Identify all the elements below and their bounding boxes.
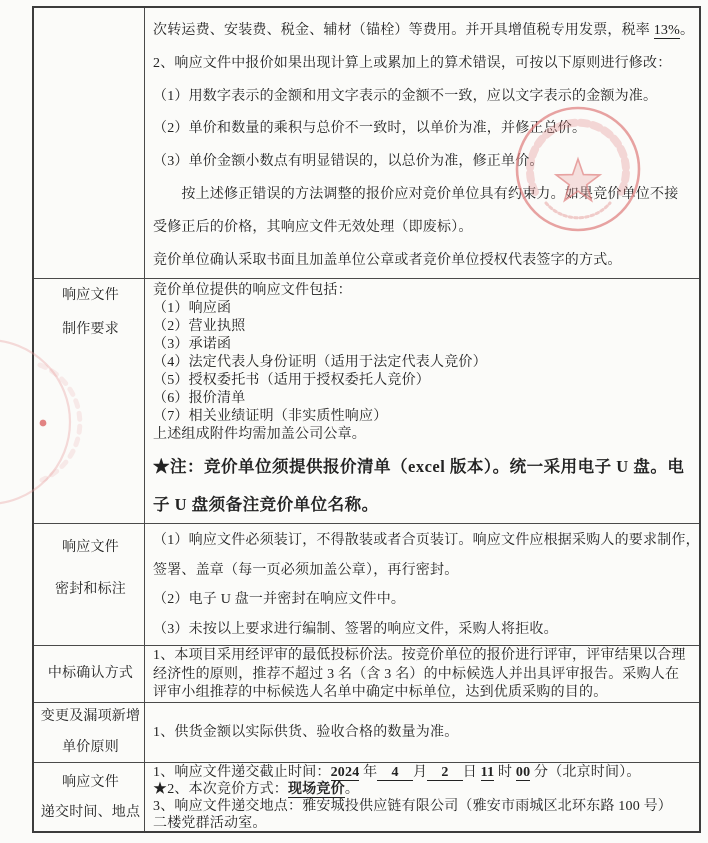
table-row: 中标确认方式 1、本项目采用经评审的最低投标价法。按竞价单位的报价进行评审，评审… — [34, 645, 699, 702]
row-content: 1、响应文件递交截止时间：2024 年 4 月 2 日 11 时 00 分（北京… — [145, 763, 699, 831]
scanned-document-page: 次转运费、安装费、税金、辅材（锚栓）等费用。并开具增值税专用发票，税率 13%。… — [0, 0, 708, 843]
row-content: （1）响应文件必须装订，不得散装或者合页装订。响应文件应根据采购人的要求制作，签… — [145, 524, 699, 645]
row-label — [34, 8, 145, 278]
row-content: 1、供货金额以实际供货、验收合格的数量为准。 — [145, 703, 699, 762]
bidding-requirements-table: 次转运费、安装费、税金、辅材（锚栓）等费用。并开具增值税专用发票，税率 13%。… — [32, 6, 701, 833]
row-label: 响应文件密封和标注 — [34, 524, 145, 645]
row-content: 次转运费、安装费、税金、辅材（锚栓）等费用。并开具增值税专用发票，税率 13%。… — [145, 8, 699, 278]
table-row: 响应文件递交时间、地点 1、响应文件递交截止时间：2024 年 4 月 2 日 … — [34, 762, 699, 831]
row-label: 中标确认方式 — [34, 646, 145, 702]
row-label: 响应文件制作要求 — [34, 279, 145, 523]
row-label: 变更及漏项新增单价原则 — [34, 703, 145, 762]
table-row: 响应文件密封和标注 （1）响应文件必须装订，不得散装或者合页装订。响应文件应根据… — [34, 523, 699, 645]
table-row: 响应文件制作要求 竞价单位提供的响应文件包括：（1）响应函（2）营业执照（3）承… — [34, 278, 699, 523]
table-row: 变更及漏项新增单价原则 1、供货金额以实际供货、验收合格的数量为准。 — [34, 702, 699, 762]
row-content: 1、本项目采用经评审的最低投标价法。按竞价单位的报价进行评审，评审结果以合理经济… — [145, 646, 699, 702]
row-content: 竞价单位提供的响应文件包括：（1）响应函（2）营业执照（3）承诺函（4）法定代表… — [145, 279, 699, 523]
row-label: 响应文件递交时间、地点 — [34, 763, 145, 831]
table-row: 次转运费、安装费、税金、辅材（锚栓）等费用。并开具增值税专用发票，税率 13%。… — [34, 8, 699, 278]
